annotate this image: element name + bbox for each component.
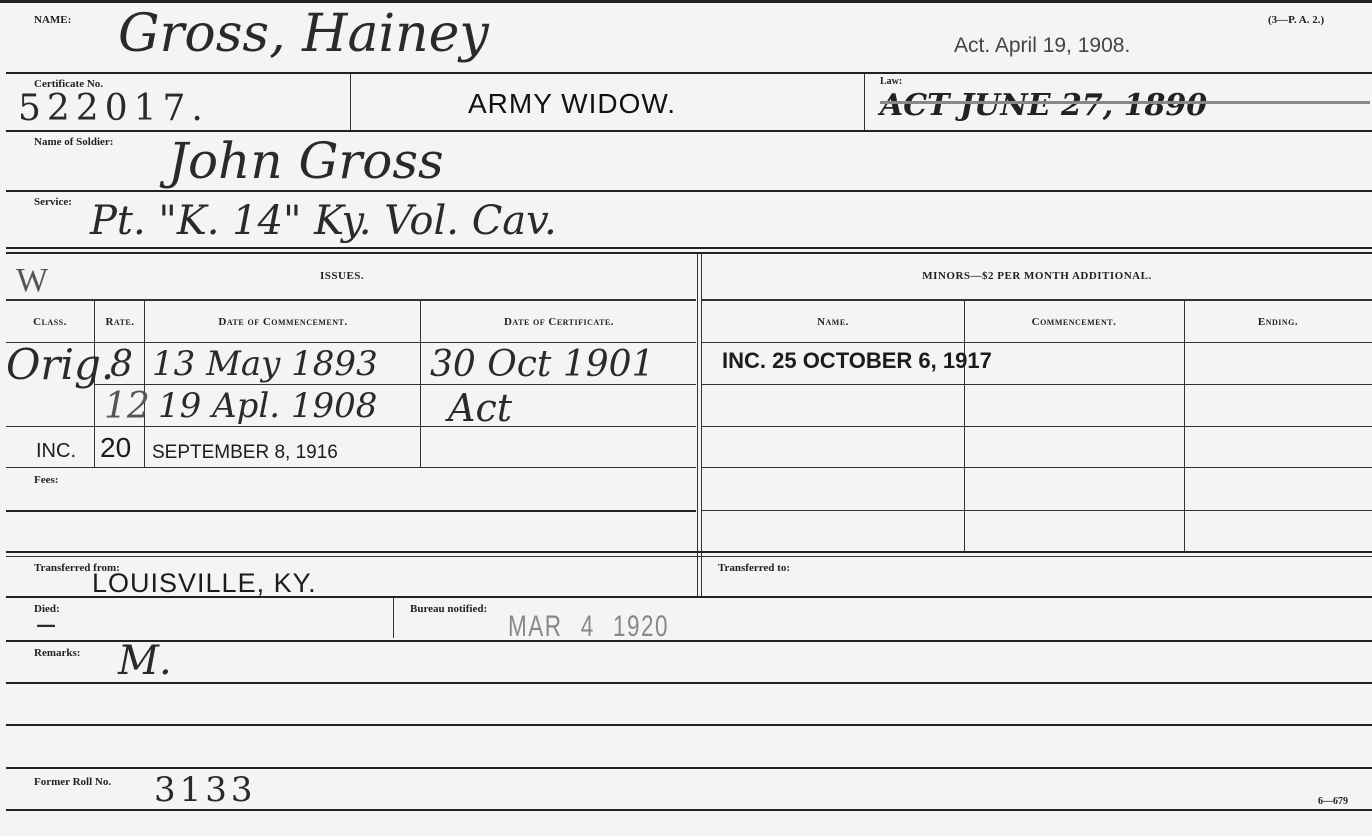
issue-rate-3: 20	[100, 432, 131, 464]
bureau-notified-label: Bureau notified:	[410, 603, 487, 615]
issue-rate-1: 8	[110, 344, 133, 385]
issue-rate-2: 12	[104, 386, 150, 427]
soldier-name: John Gross	[168, 132, 444, 190]
issues-col-commencement: Date of Commencement.	[146, 316, 420, 328]
minors-title-divider	[702, 299, 1372, 301]
died-divider	[6, 640, 1372, 642]
minors-row-divider-4	[702, 510, 1372, 511]
divider-service-a	[6, 247, 1372, 249]
divider-soldier	[6, 190, 1372, 192]
remarks-divider-3	[6, 767, 1372, 769]
remarks-label: Remarks:	[34, 647, 80, 659]
issue-certificate-1: 30 Oct 1901	[430, 344, 654, 385]
bottom-divider	[6, 809, 1372, 811]
minors-col-commencement: Commencement.	[964, 316, 1184, 328]
act-stamp: Act. April 19, 1908.	[954, 34, 1130, 58]
issues-col-certificate: Date of Certificate.	[422, 316, 696, 328]
transfer-divider-a	[6, 551, 1372, 553]
divider-name	[6, 72, 1372, 74]
died-value: —	[36, 612, 56, 636]
minor-name-1: INC. 25 OCTOBER 6, 1917	[722, 348, 992, 374]
fees-label: Fees:	[34, 474, 58, 486]
form-code: (3—P. A. 2.)	[1268, 14, 1324, 26]
transferred-to-label: Transferred to:	[718, 562, 790, 574]
issue-class-3: INC.	[36, 440, 76, 463]
transferred-from-value: LOUISVILLE, KY.	[92, 568, 317, 599]
service-value: Pt. "K. 14" Ky. Vol. Cav.	[90, 198, 557, 244]
name-value: Gross, Hainey	[118, 4, 489, 64]
issues-col-rate: Rate.	[96, 316, 144, 328]
soldier-label: Name of Soldier:	[34, 136, 113, 148]
issue-class-1: Orig.	[6, 340, 114, 389]
remarks-divider-2	[6, 724, 1372, 726]
minors-row-divider-1	[702, 384, 1372, 385]
minors-title: MINORS—$2 PER MONTH ADDITIONAL.	[702, 270, 1372, 282]
minors-col-ending: Ending.	[1184, 316, 1372, 328]
transferred-divider	[6, 596, 1372, 598]
w-mark: W	[16, 262, 48, 300]
former-roll-value: 3133	[154, 770, 257, 810]
issues-title-divider	[6, 299, 696, 301]
law-label: Law:	[880, 76, 902, 87]
pension-index-card: NAME: Gross, Hainey (3—P. A. 2.) Act. Ap…	[0, 0, 1372, 836]
law-value: ACT JUNE 27, 1890	[880, 88, 1207, 123]
center-divider-b	[701, 254, 702, 596]
law-divider	[864, 74, 865, 130]
minors-col-name: Name.	[702, 316, 964, 328]
form-number: 6—679	[1318, 796, 1348, 807]
former-roll-label: Former Roll No.	[34, 776, 111, 788]
issues-col-class: Class.	[22, 316, 78, 328]
remarks-value: M.	[118, 638, 172, 684]
bureau-notified-stamp: MAR 4 1920	[508, 610, 669, 644]
minors-header-divider	[702, 342, 1372, 343]
issue-certificate-2: Act	[448, 386, 512, 430]
minors-row-divider-3	[702, 467, 1372, 468]
cert-divider	[350, 74, 351, 130]
name-label: NAME:	[34, 14, 71, 26]
center-divider-a	[697, 254, 698, 596]
certificate-number: 522017.	[18, 88, 209, 129]
fees-divider	[6, 510, 696, 512]
issue-commencement-2: 19 Apl. 1908	[158, 386, 377, 426]
issue-commencement-1: 13 May 1893	[152, 344, 378, 384]
transfer-divider-b	[6, 556, 1372, 557]
law-strikethrough	[880, 101, 1370, 104]
card-type: ARMY WIDOW.	[468, 88, 676, 120]
issue-commencement-3: SEPTEMBER 8, 1916	[152, 442, 338, 464]
issues-row-divider-3	[6, 467, 696, 468]
divider-service-b	[6, 252, 1372, 254]
service-label: Service:	[34, 196, 72, 208]
issues-title: ISSUES.	[320, 270, 364, 282]
remarks-divider-1	[6, 682, 1372, 684]
minors-row-divider-2	[702, 426, 1372, 427]
top-border	[0, 0, 1372, 3]
bureau-divider	[393, 598, 394, 638]
